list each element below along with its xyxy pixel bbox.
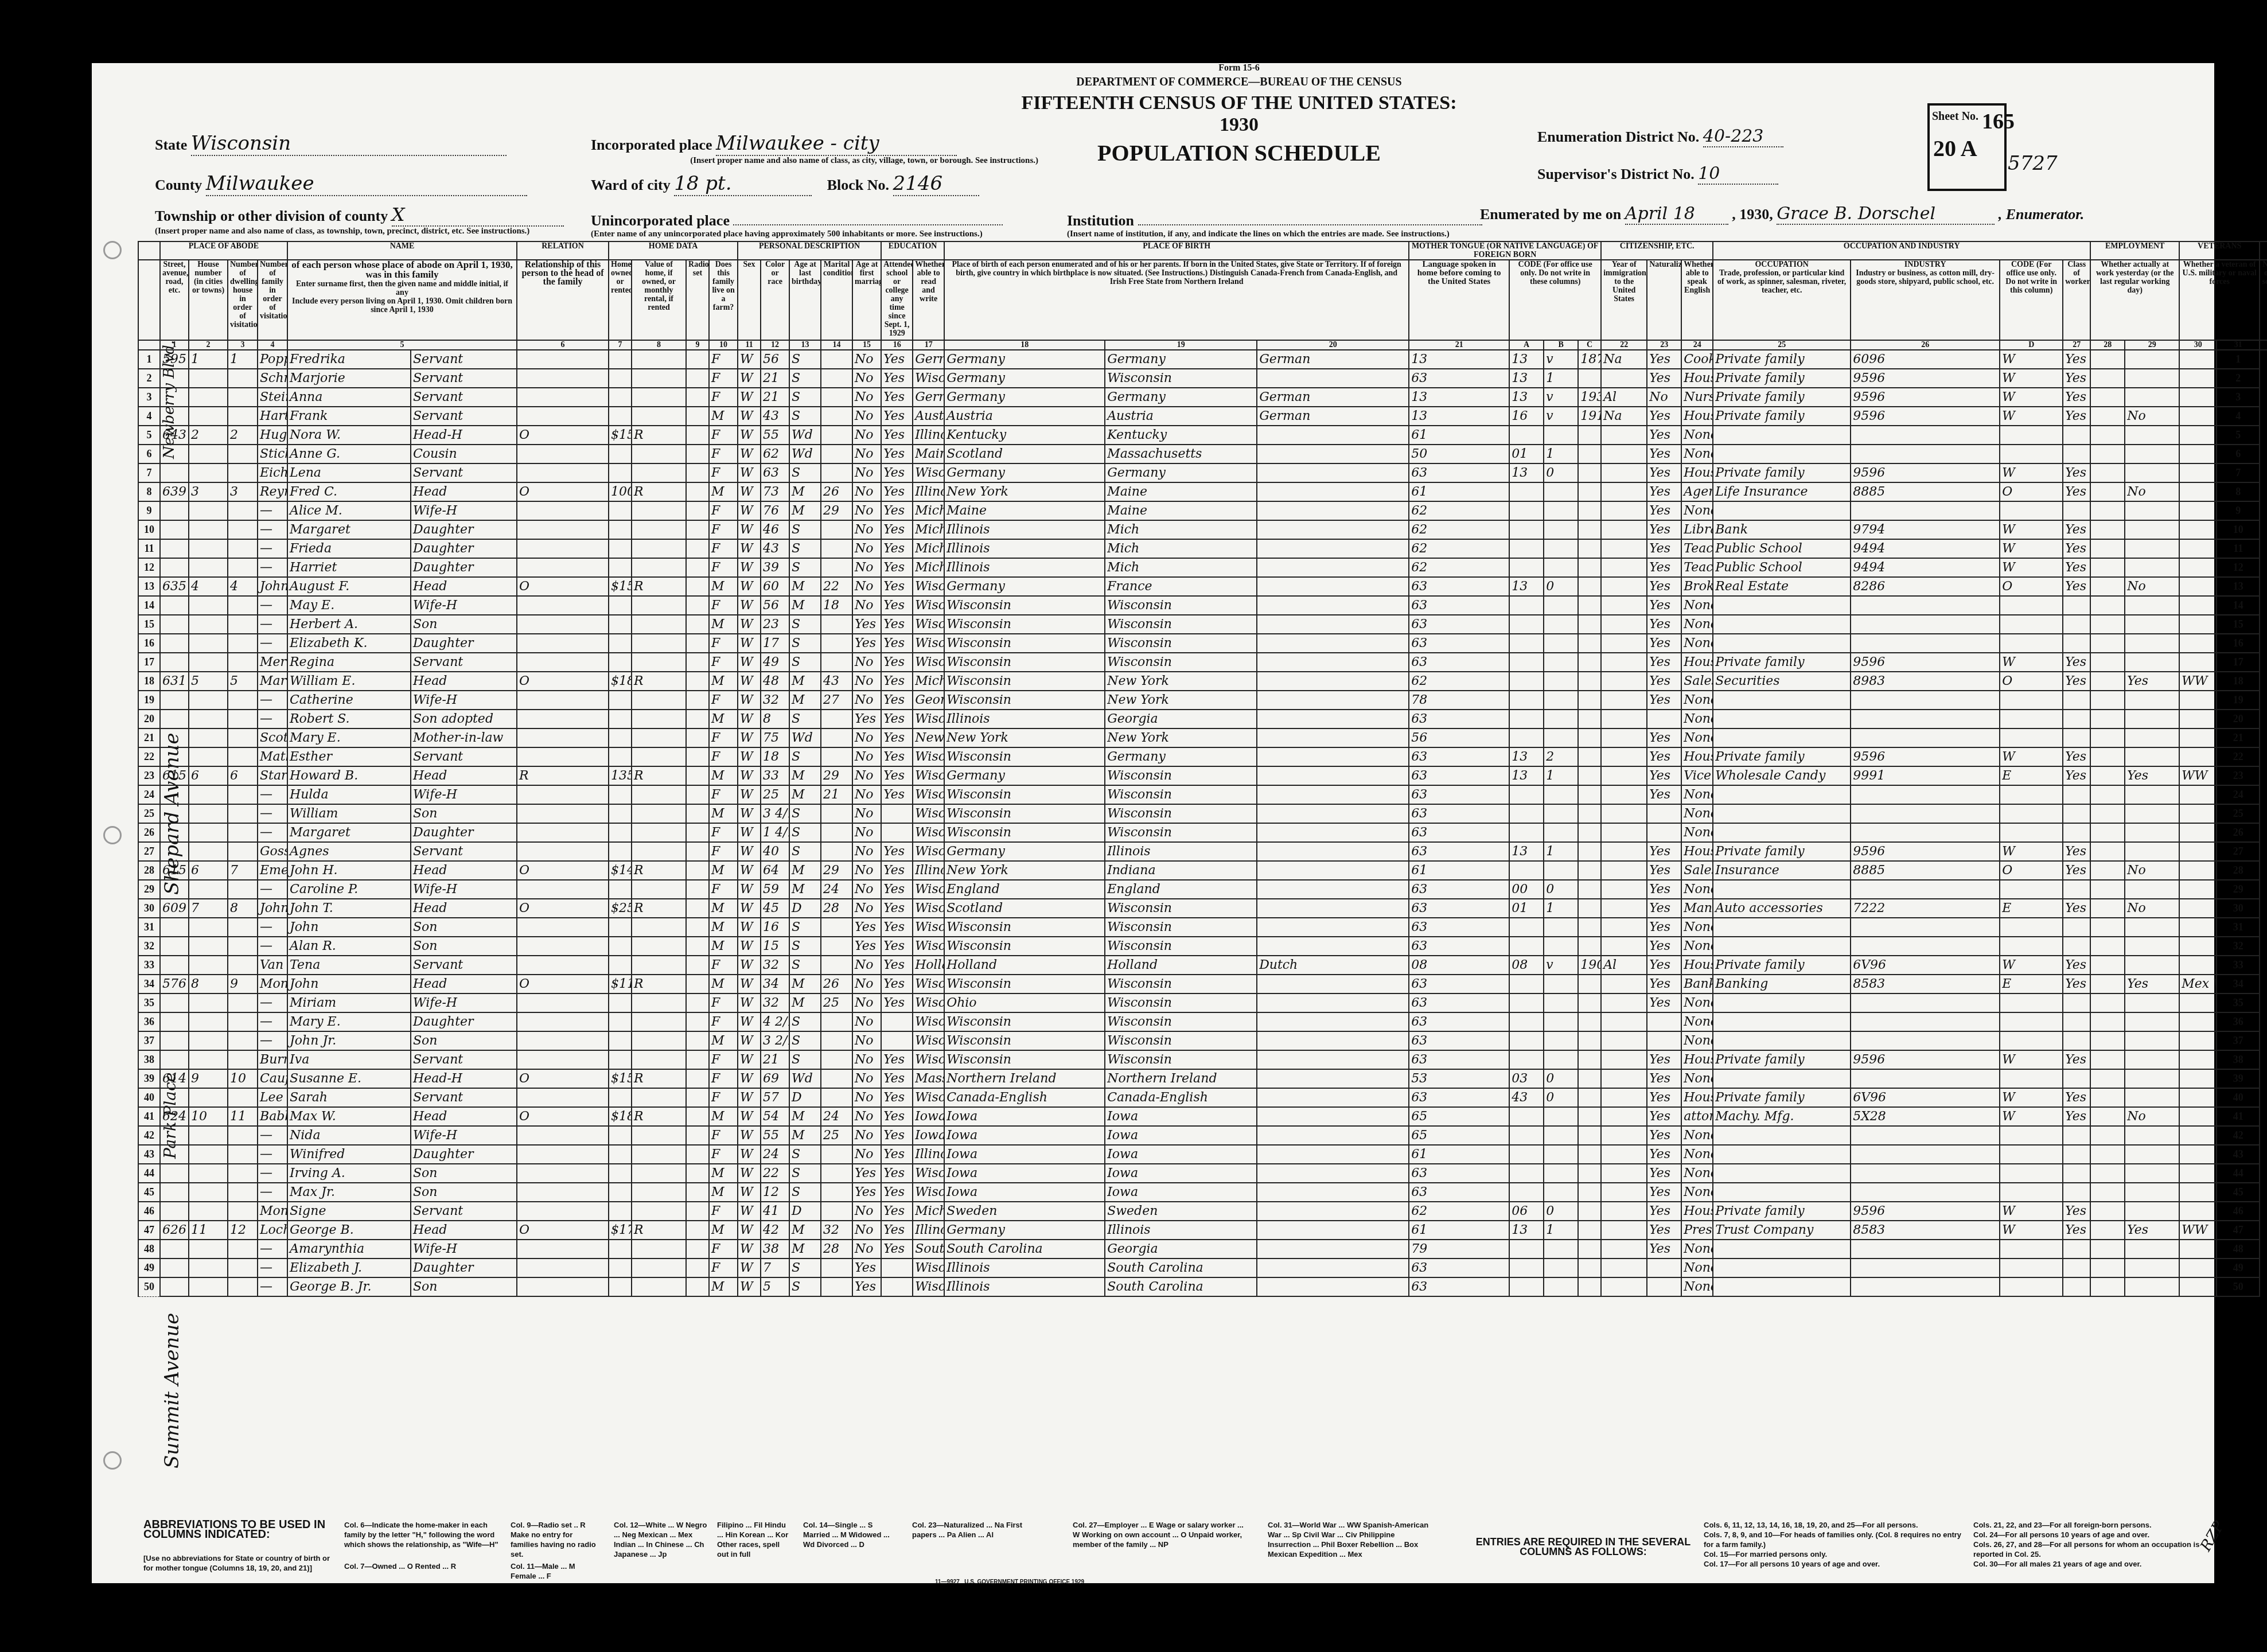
cell-given: John <box>287 975 411 993</box>
cell-imm <box>1578 1069 1601 1088</box>
cell-work <box>2063 1069 2090 1088</box>
cell-afm: 32 <box>821 1221 852 1240</box>
block-value: 2146 <box>893 172 979 196</box>
cell-given: Margaret <box>287 520 411 539</box>
cell-occ: Broker <box>1681 577 1713 596</box>
cell-rel: Head <box>411 861 517 880</box>
cell-own <box>517 1202 609 1221</box>
line-number: 15 <box>138 615 160 634</box>
cell-fam: 11 <box>228 1107 258 1126</box>
population-table: PLACE OF ABODE NAME RELATION HOME DATA P… <box>138 241 2267 1297</box>
cell-fam <box>228 558 258 577</box>
line-number: 29 <box>138 880 160 899</box>
cell-c: v <box>1544 350 1578 369</box>
cell-surname: — <box>258 1183 287 1202</box>
cell-b: 08 <box>1509 956 1544 975</box>
cell-own: O <box>517 975 609 993</box>
cell-war <box>2179 615 2217 634</box>
cell-b <box>1509 728 1544 747</box>
cell-rw <box>881 804 913 823</box>
cell-c <box>1544 975 1578 993</box>
cell-given: Miriam <box>287 993 411 1012</box>
cell-c: 1 <box>1544 899 1578 918</box>
cell-given: John <box>287 918 411 937</box>
cell-fam <box>228 463 258 482</box>
cell-bm: South Carolina <box>1105 1277 1257 1296</box>
cell-mar: M <box>789 596 821 615</box>
cell-afm <box>821 1277 852 1296</box>
line-number: 18 <box>138 672 160 691</box>
cell-bf: Wisconsin <box>944 1012 1105 1031</box>
cell-rel: Head <box>411 482 517 501</box>
cell-tongue <box>1257 426 1409 445</box>
cell-imm <box>1578 1202 1601 1221</box>
cell-house <box>160 937 189 956</box>
cell-b <box>1509 861 1544 880</box>
cell-a: 63 <box>1409 369 1509 388</box>
cell-given: Frieda <box>287 539 411 558</box>
cell-tongue <box>1257 880 1409 899</box>
cell-ind: Public School <box>1713 558 1851 577</box>
cell-a: 62 <box>1409 558 1509 577</box>
cell-age: 39 <box>761 558 789 577</box>
cell-bp: Germany <box>913 350 944 369</box>
cell-bf: Austria <box>944 407 1105 426</box>
cell-tongue <box>1257 1107 1409 1126</box>
cell-occ: None <box>1681 1145 1713 1164</box>
cell-rw: Yes <box>881 785 913 804</box>
cell-race: W <box>738 1164 761 1183</box>
cell-afm <box>821 634 852 653</box>
cell-rel: Daughter <box>411 520 517 539</box>
cell-sch: No <box>852 350 881 369</box>
cell-bm: Wisconsin <box>1105 634 1257 653</box>
cell-sex: F <box>709 842 738 861</box>
cell-given: Catherine <box>287 691 411 710</box>
cell-tongue <box>1257 653 1409 672</box>
cell-rel: Wife-H <box>411 1126 517 1145</box>
cell-surname: Reynolds <box>258 482 287 501</box>
cell-unemp <box>2090 1069 2125 1088</box>
cell-vet <box>2125 350 2179 369</box>
cell-b: 13 <box>1509 369 1544 388</box>
cell-surname: Gossman <box>258 842 287 861</box>
cell-radio <box>632 1145 686 1164</box>
cell-b <box>1509 520 1544 539</box>
cell-unemp <box>2090 577 2125 596</box>
cell-c <box>1544 539 1578 558</box>
cell-own <box>517 1012 609 1031</box>
cell-rw: Yes <box>881 634 913 653</box>
cell-sch: No <box>852 426 881 445</box>
cell-race: W <box>738 1240 761 1259</box>
cell-surname: Starke <box>258 766 287 785</box>
cell-sched: 26 <box>2217 823 2260 842</box>
cell-unemp <box>2090 975 2125 993</box>
cell-mar: M <box>789 880 821 899</box>
cell-mar: S <box>789 937 821 956</box>
cell-bf: Wisconsin <box>944 634 1105 653</box>
cell-farm <box>686 1050 709 1069</box>
cell-sch: No <box>852 369 881 388</box>
cell-own <box>517 937 609 956</box>
cell-farm <box>686 596 709 615</box>
cell-cls <box>2000 501 2063 520</box>
cell-eng: Yes <box>1647 577 1681 596</box>
cell-mar: S <box>789 710 821 728</box>
cell-race: W <box>738 937 761 956</box>
cell-house <box>160 1145 189 1164</box>
cell-code <box>1851 880 2000 899</box>
cell-b <box>1509 785 1544 804</box>
cell-bf: Wisconsin <box>944 975 1105 993</box>
cell-surname: Emery <box>258 861 287 880</box>
cell-occ: Librarian <box>1681 520 1713 539</box>
cell-code: 8885 <box>1851 482 2000 501</box>
cell-age: 34 <box>761 975 789 993</box>
line-number: 1 <box>138 350 160 369</box>
cell-race: W <box>738 956 761 975</box>
cell-rel: Son <box>411 918 517 937</box>
cell-val <box>609 596 632 615</box>
cell-farm <box>686 1069 709 1088</box>
cell-age: 12 <box>761 1183 789 1202</box>
line-number: 43 <box>138 1145 160 1164</box>
cell-b: 13 <box>1509 766 1544 785</box>
cell-c: 0 <box>1544 1069 1578 1088</box>
cell-own: O <box>517 1107 609 1126</box>
cell-radio: R <box>632 672 686 691</box>
cell-surname: — <box>258 880 287 899</box>
cell-race: W <box>738 842 761 861</box>
cell-rw: Yes <box>881 445 913 463</box>
cell-ind: Private family <box>1713 842 1851 861</box>
cell-tongue <box>1257 1069 1409 1088</box>
cell-nat <box>1601 577 1647 596</box>
cell-a: 63 <box>1409 1050 1509 1069</box>
cell-code <box>1851 804 2000 823</box>
cell-rw: Yes <box>881 539 913 558</box>
cell-bf: Illinois <box>944 1277 1105 1296</box>
cell-sch: No <box>852 861 881 880</box>
cell-bf: England <box>944 880 1105 899</box>
cell-unemp <box>2090 1088 2125 1107</box>
cell-mar: M <box>789 993 821 1012</box>
cell-radio <box>632 747 686 766</box>
cell-sched: 44 <box>2217 1164 2260 1183</box>
cell-ind: Trust Company <box>1713 1221 1851 1240</box>
cell-sex: F <box>709 785 738 804</box>
cell-radio <box>632 823 686 842</box>
cell-code <box>1851 1126 2000 1145</box>
cell-house <box>160 956 189 975</box>
cell-bp: Wisconsin <box>913 747 944 766</box>
cell-afm <box>821 463 852 482</box>
cell-bf: Germany <box>944 1221 1105 1240</box>
cell-sex: M <box>709 1031 738 1050</box>
cell-radio <box>632 539 686 558</box>
cell-war <box>2179 350 2217 369</box>
cell-code: 6V96 <box>1851 1088 2000 1107</box>
cell-rel: Son <box>411 937 517 956</box>
cell-sched: 41 <box>2217 1107 2260 1126</box>
cell-imm <box>1578 445 1601 463</box>
cell-farm <box>686 369 709 388</box>
table-row: 38BurnsIvaServantFW21SNoYesWisconsinWisc… <box>138 1050 2267 1069</box>
cell-imm <box>1578 1240 1601 1259</box>
line-number: 7 <box>138 463 160 482</box>
cell-dw <box>189 1126 228 1145</box>
cell-age: 3 4/12 <box>761 804 789 823</box>
cell-code: 9794 <box>1851 520 2000 539</box>
cell-sched: 1 <box>2217 350 2260 369</box>
cell-given: Caroline P. <box>287 880 411 899</box>
cell-farm <box>686 861 709 880</box>
cell-house <box>160 596 189 615</box>
cell-eng: Yes <box>1647 1145 1681 1164</box>
cell-surname: Steinhauser <box>258 388 287 407</box>
cell-age: 45 <box>761 899 789 918</box>
cell-c <box>1544 634 1578 653</box>
cell-work <box>2063 615 2090 634</box>
cell-bp: Wisconsin <box>913 1031 944 1050</box>
cell-own <box>517 842 609 861</box>
cell-unemp <box>2090 1277 2125 1296</box>
line-number: 22 <box>138 747 160 766</box>
cell-bp: Michigan <box>913 558 944 577</box>
cell-bf: Kentucky <box>944 426 1105 445</box>
cell-sex: F <box>709 1145 738 1164</box>
cell-afm: 26 <box>821 482 852 501</box>
line-number: 23 <box>138 766 160 785</box>
cell-work: Yes <box>2063 672 2090 691</box>
cell-dw <box>189 823 228 842</box>
cell-rel: Head-H <box>411 1069 517 1088</box>
cell-sex: M <box>709 672 738 691</box>
cell-house <box>160 747 189 766</box>
cell-farm <box>686 747 709 766</box>
cell-c <box>1544 1050 1578 1069</box>
cell-war <box>2179 710 2217 728</box>
cell-surname: Stickney <box>258 445 287 463</box>
table-row: 48—AmarynthiaWife-HFW38M28NoYesSouth Car… <box>138 1240 2267 1259</box>
cell-occ: None <box>1681 1240 1713 1259</box>
cell-war <box>2179 1240 2217 1259</box>
cell-code: 9596 <box>1851 1202 2000 1221</box>
cell-dw <box>189 1088 228 1107</box>
cell-sched: 6 <box>2217 445 2260 463</box>
cell-bp: Wisconsin <box>913 842 944 861</box>
cell-bm: Illinois <box>1105 1221 1257 1240</box>
cell-rel: Daughter <box>411 558 517 577</box>
cell-farm <box>686 1221 709 1240</box>
cell-vet: Yes <box>2125 766 2179 785</box>
cell-own <box>517 1145 609 1164</box>
cell-val <box>609 1240 632 1259</box>
cell-cls: O <box>2000 861 2063 880</box>
cell-occ: None <box>1681 785 1713 804</box>
cell-sched: 49 <box>2217 1259 2260 1277</box>
cell-a: 62 <box>1409 520 1509 539</box>
cell-rel: Head <box>411 1221 517 1240</box>
cell-b <box>1509 1259 1544 1277</box>
cell-vet <box>2125 1202 2179 1221</box>
cell-own <box>517 1164 609 1183</box>
cell-cls: W <box>2000 407 2063 426</box>
cell-ind <box>1713 596 1851 615</box>
cell-sch: No <box>852 672 881 691</box>
cell-rw: Yes <box>881 596 913 615</box>
column-desc-row: Street, avenue, road, etc. House number … <box>138 260 2267 340</box>
cell-nat <box>1601 426 1647 445</box>
cell-dw: 8 <box>189 975 228 993</box>
cell-ind <box>1713 501 1851 520</box>
table-row: 43—WinifredDaughterFW24SNoYesIllinoisIow… <box>138 1145 2267 1164</box>
cell-rw: Yes <box>881 350 913 369</box>
cell-occ: House-maid <box>1681 747 1713 766</box>
cell-own <box>517 558 609 577</box>
cell-afm <box>821 426 852 445</box>
cell-surname: Hughes <box>258 426 287 445</box>
cell-dw: 4 <box>189 577 228 596</box>
cell-rel: Head <box>411 672 517 691</box>
cell-sex: F <box>709 634 738 653</box>
cell-given: John H. <box>287 861 411 880</box>
cell-race: W <box>738 463 761 482</box>
cell-own: R <box>517 766 609 785</box>
cell-cls <box>2000 937 2063 956</box>
cell-sch: No <box>852 482 881 501</box>
cell-cls <box>2000 1145 2063 1164</box>
cell-imm <box>1578 918 1601 937</box>
cell-c <box>1544 710 1578 728</box>
line-number: 34 <box>138 975 160 993</box>
cell-fam <box>228 1202 258 1221</box>
cell-farm <box>686 426 709 445</box>
cell-fam <box>228 634 258 653</box>
cell-val <box>609 1012 632 1031</box>
cell-val <box>609 1259 632 1277</box>
cell-sex: F <box>709 1012 738 1031</box>
cell-sch: No <box>852 539 881 558</box>
cell-imm <box>1578 1031 1601 1050</box>
cell-rel: Son adopted <box>411 710 517 728</box>
cell-afm: 43 <box>821 672 852 691</box>
cell-bf: Wisconsin <box>944 937 1105 956</box>
cell-vet <box>2125 1259 2179 1277</box>
table-row: 22MathiasEstherServantFW18SNoYesWisconsi… <box>138 747 2267 766</box>
cell-code <box>1851 728 2000 747</box>
cell-fam <box>228 596 258 615</box>
cell-work <box>2063 1277 2090 1296</box>
cell-bf: Holland <box>944 956 1105 975</box>
cell-val: $14000 <box>609 861 632 880</box>
cell-tongue <box>1257 1240 1409 1259</box>
table-row: 46MonsonSigneServantFW41DNoYesMichiganSw… <box>138 1202 2267 1221</box>
cell-ind: Private family <box>1713 369 1851 388</box>
cell-surname: Lee <box>258 1088 287 1107</box>
cell-vet: Yes <box>2125 672 2179 691</box>
cell-bp: Wisconsin <box>913 1088 944 1107</box>
cell-mar: S <box>789 615 821 634</box>
cell-farm <box>686 577 709 596</box>
cell-dw: 10 <box>189 1107 228 1126</box>
cell-war <box>2179 937 2217 956</box>
cell-fam <box>228 539 258 558</box>
cell-surname: — <box>258 993 287 1012</box>
cell-farm <box>686 1183 709 1202</box>
cell-ind <box>1713 1145 1851 1164</box>
cell-fam: 12 <box>228 1221 258 1240</box>
cell-age: 64 <box>761 861 789 880</box>
cell-nat <box>1601 1221 1647 1240</box>
cell-bp: Georgia <box>913 691 944 710</box>
cell-mar: S <box>789 634 821 653</box>
cell-farm <box>686 445 709 463</box>
cell-own: O <box>517 672 609 691</box>
table-row: 16—Elizabeth K.DaughterFW17SYesYesWiscon… <box>138 634 2267 653</box>
cell-vet <box>2125 426 2179 445</box>
cell-code <box>1851 993 2000 1012</box>
cell-c <box>1544 596 1578 615</box>
cell-eng: Yes <box>1647 653 1681 672</box>
cell-given: George B. <box>287 1221 411 1240</box>
cell-bp: Wisconsin <box>913 577 944 596</box>
cell-code: 9596 <box>1851 388 2000 407</box>
cell-ind <box>1713 615 1851 634</box>
cell-sched: 35 <box>2217 993 2260 1012</box>
cell-vet <box>2125 520 2179 539</box>
cell-a: 63 <box>1409 1259 1509 1277</box>
cell-code <box>1851 785 2000 804</box>
line-number: 38 <box>138 1050 160 1069</box>
cell-occ: Manufacturer <box>1681 899 1713 918</box>
cell-a: 65 <box>1409 1126 1509 1145</box>
cell-mar: M <box>789 975 821 993</box>
cell-tongue <box>1257 1164 1409 1183</box>
line-number: 14 <box>138 596 160 615</box>
cell-race: W <box>738 539 761 558</box>
cell-sched: 32 <box>2217 937 2260 956</box>
table-row: 31—JohnSonMW16SYesYesWisconsinWisconsinW… <box>138 918 2267 937</box>
cell-ind <box>1713 880 1851 899</box>
cell-rel: Servant <box>411 1088 517 1107</box>
cell-tongue <box>1257 1221 1409 1240</box>
cell-c <box>1544 615 1578 634</box>
cell-sex: F <box>709 369 738 388</box>
cell-b <box>1509 1050 1544 1069</box>
cell-nat <box>1601 1031 1647 1050</box>
cell-nat <box>1601 747 1647 766</box>
cell-afm <box>821 558 852 577</box>
cell-afm <box>821 1183 852 1202</box>
cell-occ: None <box>1681 823 1713 842</box>
cell-code: 5X28 <box>1851 1107 2000 1126</box>
cell-imm: 1930 <box>1578 388 1601 407</box>
cell-val: 135.00 <box>609 766 632 785</box>
cell-unemp <box>2090 710 2125 728</box>
cell-surname: Eichman <box>258 463 287 482</box>
cell-bm: Wisconsin <box>1105 369 1257 388</box>
table-row: 2861567EmeryJohn H.HeadO$14000RMW64M29No… <box>138 861 2267 880</box>
cell-bf: Ohio <box>944 993 1105 1012</box>
cell-imm <box>1578 766 1601 785</box>
cell-house <box>160 539 189 558</box>
cell-occ: None <box>1681 937 1713 956</box>
cell-code <box>1851 1012 2000 1031</box>
cell-rw: Yes <box>881 747 913 766</box>
cell-work: Yes <box>2063 350 2090 369</box>
